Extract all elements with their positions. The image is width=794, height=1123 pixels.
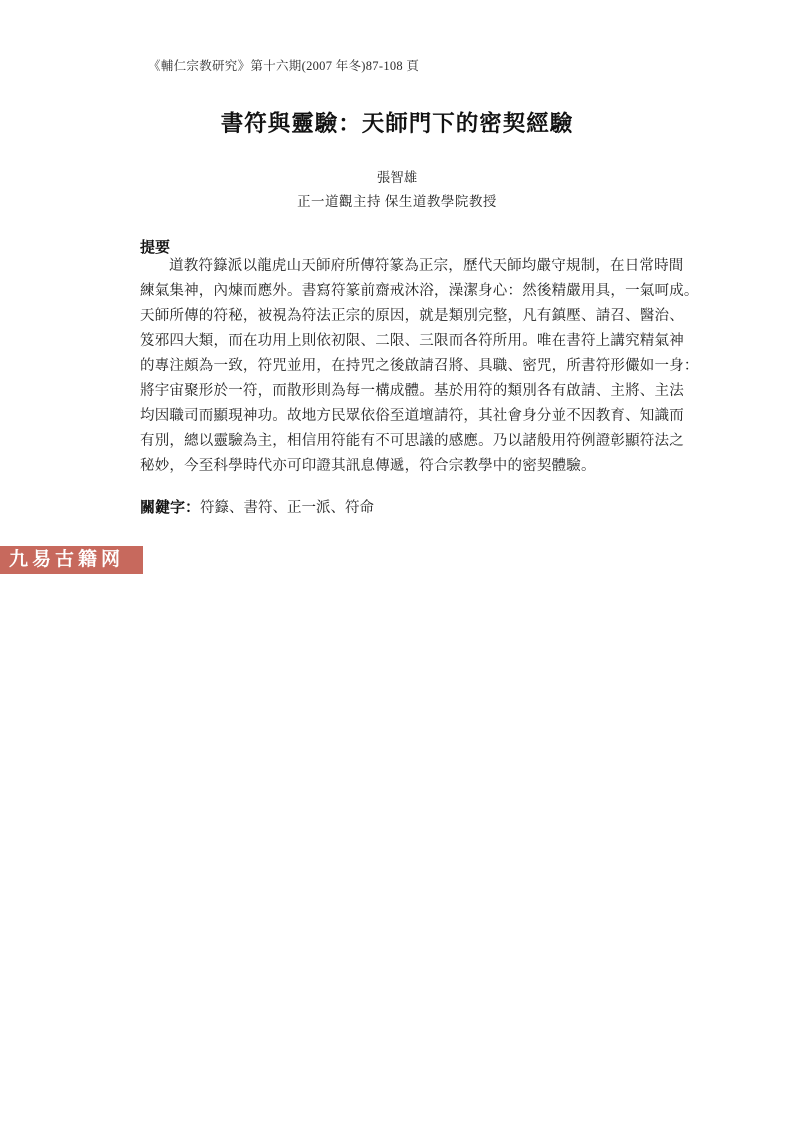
abstract-line: 笈邪四大類，而在功用上則依初限、二限、三限而各符所用。唯在書符上講究精氣神 [140,329,664,354]
abstract-line: 將宇宙聚形於一符，而散形則為每一構成體。基於用符的類別各有啟請、主將、主法 [140,379,664,404]
journal-issue-header: 《輔仁宗教研究》第十六期(2007 年冬)87-108 頁 [148,56,419,74]
abstract-line: 的專注頗為一致，符咒並用，在持咒之後啟請召將、具職、密咒，所書符形儼如一身： [140,354,664,379]
abstract-line: 秘妙，今至科學時代亦可印證其訊息傳遞，符合宗教學中的密契體驗。 [140,454,664,479]
author-name: 張智雄 [0,166,794,186]
abstract-line: 均因職司而顯現神功。故地方民眾依俗至道壇請符，其社會身分並不因教育、知識而 [140,404,664,429]
author-affiliation: 正一道觀主持 保生道教學院教授 [0,190,794,210]
document-page: 《輔仁宗教研究》第十六期(2007 年冬)87-108 頁 書符與靈驗：天師門下… [0,0,794,1123]
abstract-paragraph: 道教符籙派以龍虎山天師府所傳符篆為正宗，歷代天師均嚴守規制，在日常時間 練氣集神… [140,254,664,479]
abstract-line: 道教符籙派以龍虎山天師府所傳符篆為正宗，歷代天師均嚴守規制，在日常時間 [140,254,664,279]
paper-title: 書符與靈驗：天師門下的密契經驗 [0,106,794,138]
abstract-line: 練氣集神，內煉而應外。書寫符篆前齋戒沐浴，澡潔身心：然後精嚴用具，一氣呵成。 [140,279,664,304]
keywords-line: 關鍵字：符籙、書符、正一派、符命 [140,496,374,517]
keywords-value: 符籙、書符、正一派、符命 [200,500,374,516]
abstract-line: 天師所傳的符秘，被視為符法正宗的原因，就是類別完整，凡有鎮壓、請召、醫治、 [140,304,664,329]
site-watermark-stamp: 九易古籍网 [0,546,143,574]
keywords-label: 關鍵字： [140,500,200,516]
abstract-line: 有別，總以靈驗為主，相信用符能有不可思議的感應。乃以諸般用符例證彰顯符法之 [140,429,664,454]
